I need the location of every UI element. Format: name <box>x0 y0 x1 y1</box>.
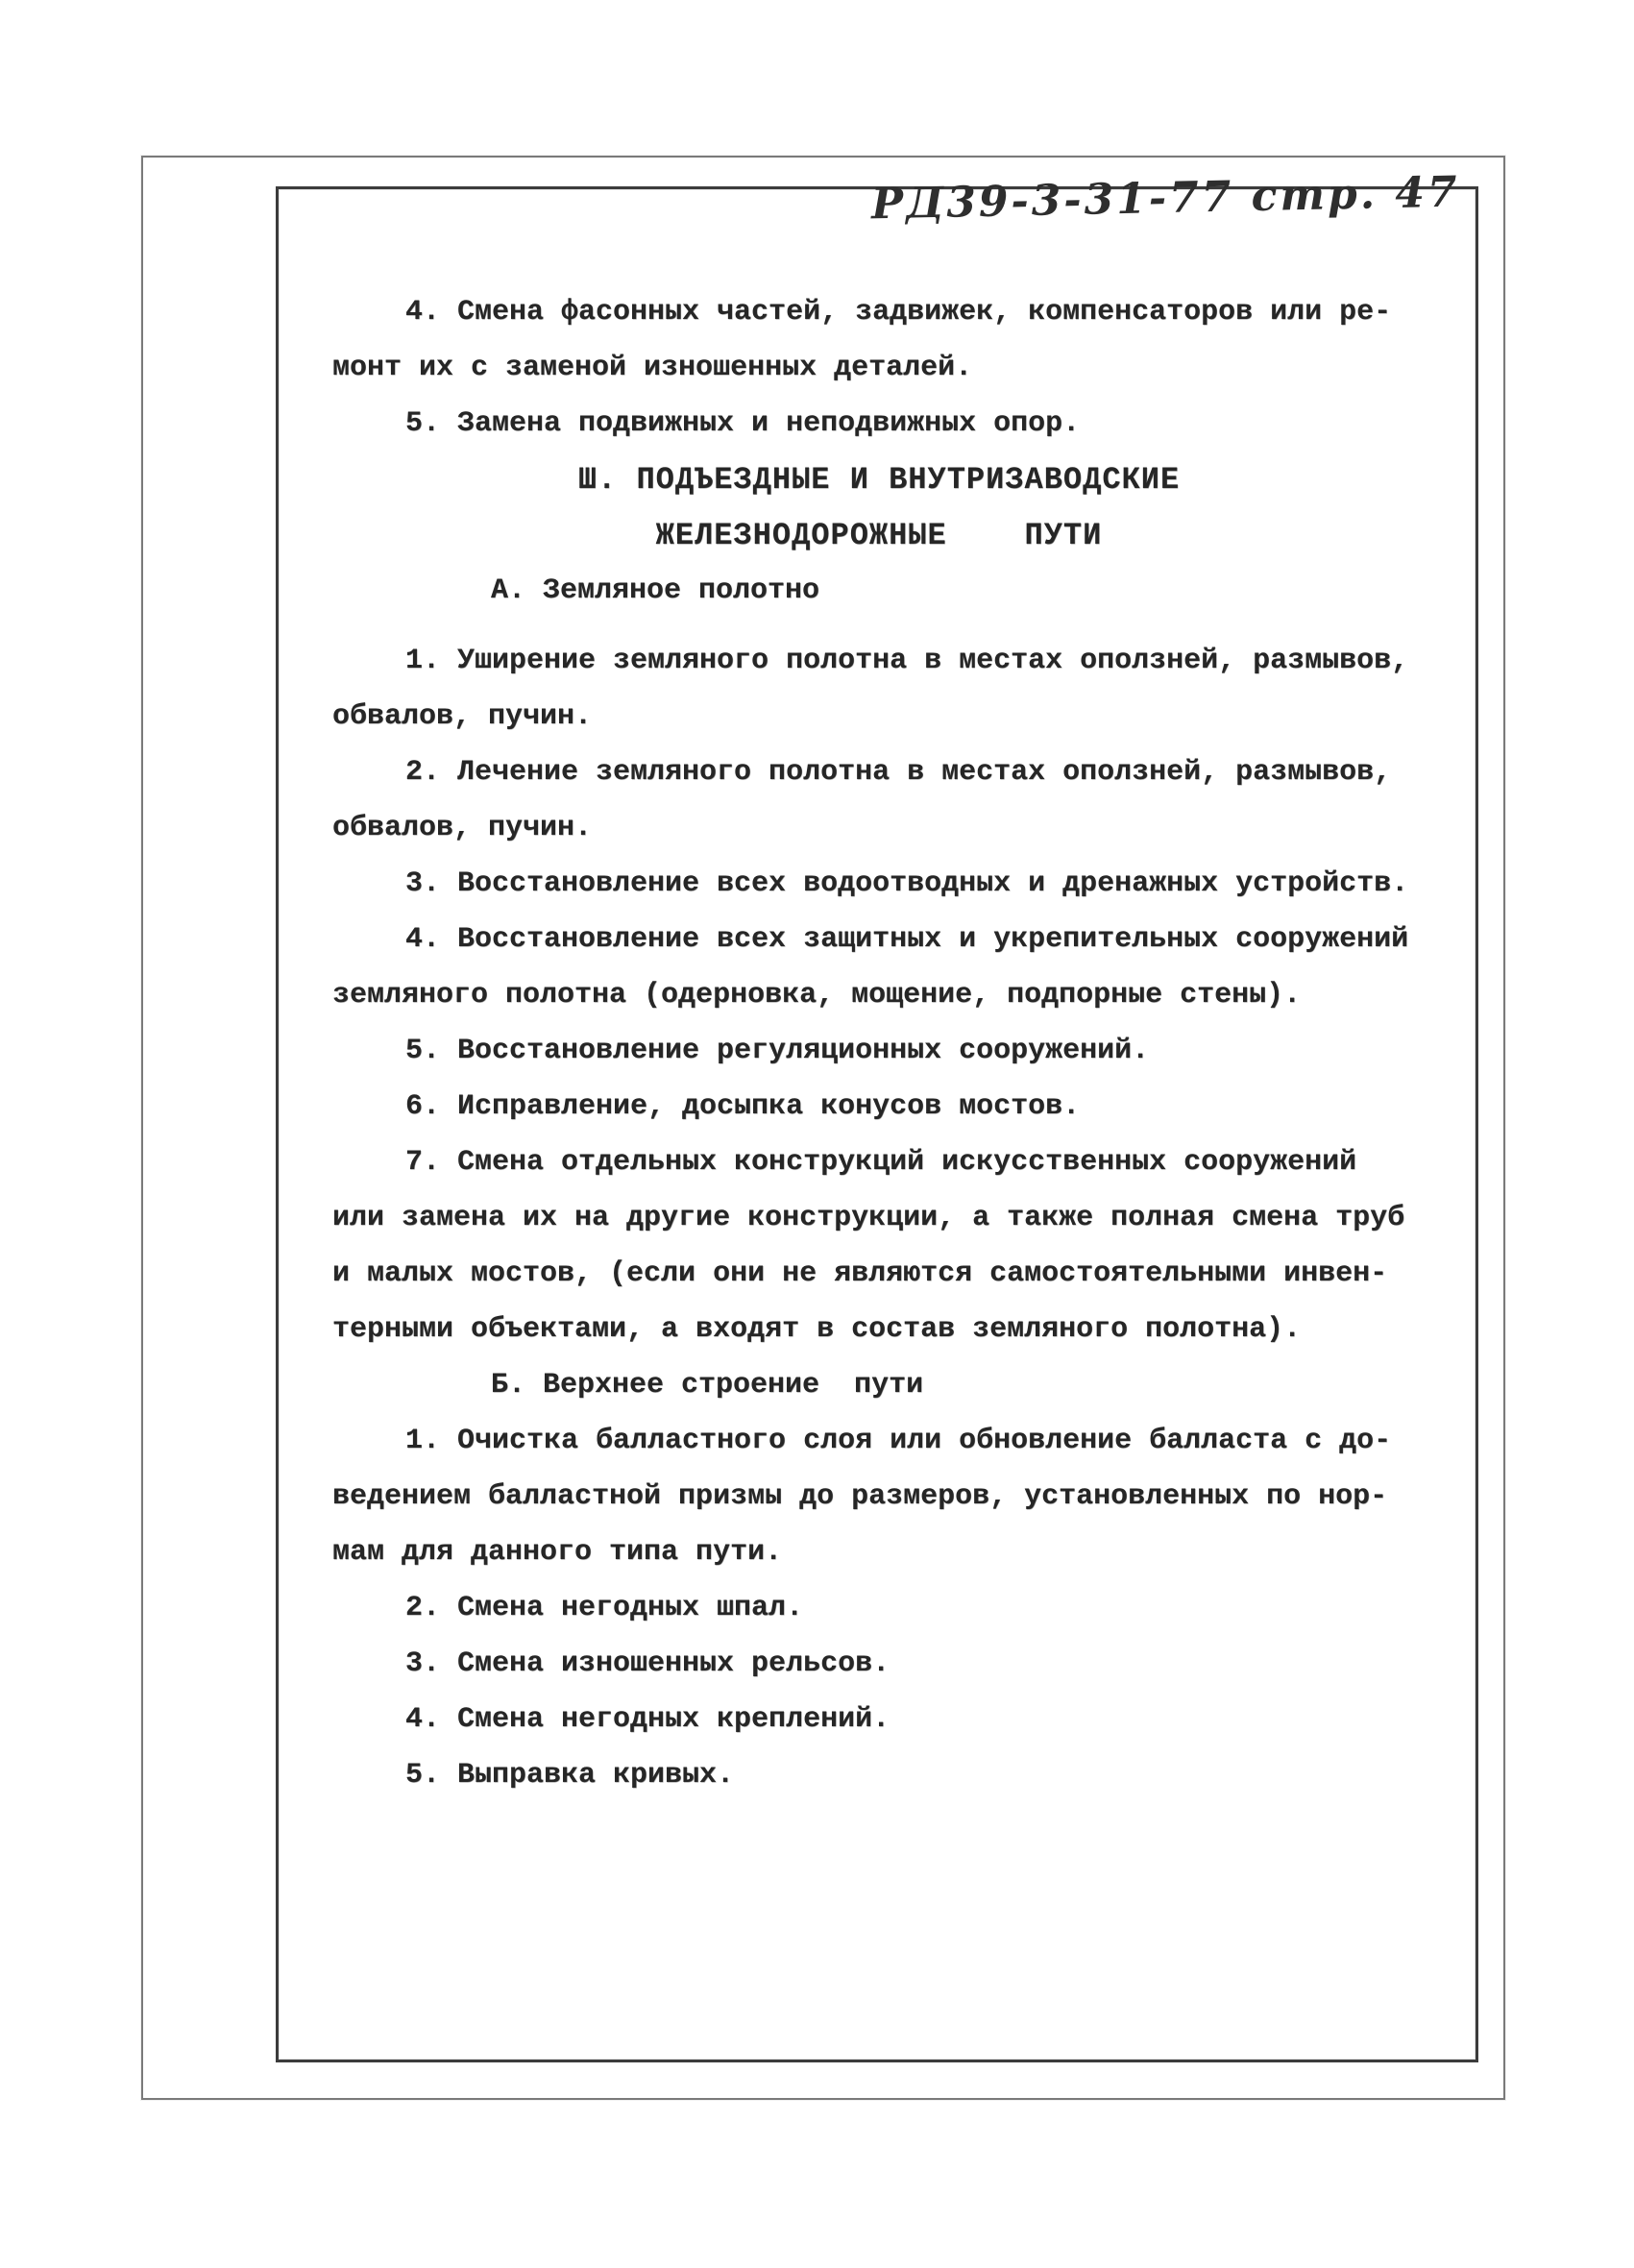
section-heading-line-2: ЖЕЛЕЗНОДОРОЖНЫЕ ПУТИ <box>332 521 1426 550</box>
list-item-line: ведением балластной призмы до размеров, … <box>332 1482 1426 1512</box>
list-item-line: обвалов, пучин. <box>332 702 1426 732</box>
list-item-line: 3. Восстановление всех водоотводных и др… <box>332 869 1426 899</box>
list-item-line: 4. Восстановление всех защитных и укрепи… <box>332 925 1426 955</box>
page-frame: РД39-3-31-77 стр. 47 4. Смена фасонных ч… <box>276 186 1478 2062</box>
list-item-line: земляного полотна (одерновка, мощение, п… <box>332 981 1426 1011</box>
text-line: монт их с заменой изношенных деталей. <box>332 354 1426 383</box>
list-item-line: 1. Очистка балластного слоя или обновлен… <box>332 1427 1426 1456</box>
list-item-line: или замена их на другие конструкции, а т… <box>332 1204 1426 1233</box>
list-item-line: мам для данного типа пути. <box>332 1538 1426 1568</box>
list-item-line: 5. Восстановление регуляционных сооружен… <box>332 1036 1426 1066</box>
list-item-line: обвалов, пучин. <box>332 814 1426 843</box>
scan-canvas: РД39-3-31-77 стр. 47 4. Смена фасонных ч… <box>0 0 1634 2268</box>
list-item-line: 2. Смена негодных шпал. <box>332 1594 1426 1623</box>
list-item-line: 5. Выправка кривых. <box>332 1761 1426 1791</box>
document-body: 4. Смена фасонных частей, задвижек, комп… <box>279 189 1475 1817</box>
text-line: 4. Смена фасонных частей, задвижек, комп… <box>332 298 1426 328</box>
list-item-line: 7. Смена отдельных конструкций искусстве… <box>332 1148 1426 1178</box>
list-item-line: 1. Уширение земляного полотна в местах о… <box>332 646 1426 676</box>
list-item-line: 4. Смена негодных креплений. <box>332 1705 1426 1735</box>
list-item-line: 6. Исправление, досыпка конусов мостов. <box>332 1092 1426 1122</box>
scanned-page: РД39-3-31-77 стр. 47 4. Смена фасонных ч… <box>141 156 1505 2100</box>
list-item-line: и малых мостов, (если они не являются са… <box>332 1259 1426 1289</box>
subsection-a-title: А. Земляное полотно <box>332 576 1426 606</box>
list-item-line: 2. Лечение земляного полотна в местах оп… <box>332 758 1426 788</box>
subsection-b-title: Б. Верхнее строение пути <box>332 1371 1426 1401</box>
list-item-line: терными объектами, а входят в состав зем… <box>332 1315 1426 1345</box>
section-heading-line-1: Ш. ПОДЪЕЗДНЫЕ И ВНУТРИЗАВОДСКИЕ <box>332 465 1426 495</box>
text-line: 5. Замена подвижных и неподвижных опор. <box>332 409 1426 439</box>
list-item-line: 3. Смена изношенных рельсов. <box>332 1649 1426 1679</box>
